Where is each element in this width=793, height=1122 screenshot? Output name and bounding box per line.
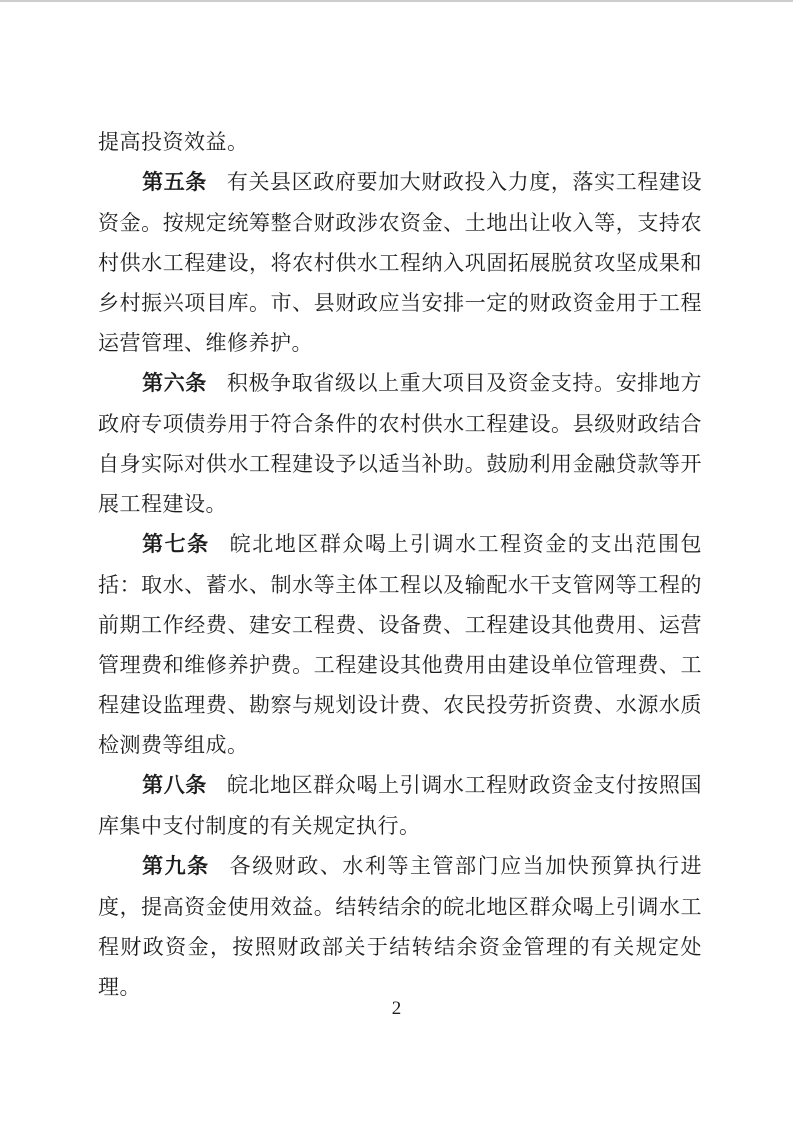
document-page: 提高投资效益。 第五条有关县区政府要加大财政投入力度，落实工程建设资金。按规定统… <box>0 0 793 1122</box>
article-paragraph: 第九条各级财政、水利等主管部门应当加快预算执行进度，提高资金使用效益。结转结余的… <box>98 846 702 1007</box>
scan-top-edge <box>0 0 793 2</box>
article-text: 有关县区政府要加大财政投入力度，落实工程建设资金。按规定统筹整合财政涉农资金、土… <box>98 170 702 355</box>
article-paragraph: 第六条积极争取省级以上重大项目及资金支持。安排地方政府专项债券用于符合条件的农村… <box>98 363 702 524</box>
article-paragraph: 第七条皖北地区群众喝上引调水工程资金的支出范围包括：取水、蓄水、制水等主体工程以… <box>98 524 702 765</box>
article-paragraph: 第八条皖北地区群众喝上引调水工程财政资金支付按照国库集中支付制度的有关规定执行。 <box>98 765 702 846</box>
article-number: 第七条 <box>142 533 210 556</box>
page-footer: 2 <box>0 998 793 1020</box>
document-body: 提高投资效益。 第五条有关县区政府要加大财政投入力度，落实工程建设资金。按规定统… <box>98 122 702 1007</box>
article-text: 皖北地区群众喝上引调水工程资金的支出范围包括：取水、蓄水、制水等主体工程以及输配… <box>98 532 702 757</box>
article-number: 第九条 <box>142 855 210 878</box>
article-number: 第六条 <box>142 372 207 395</box>
article-paragraph: 第五条有关县区政府要加大财政投入力度，落实工程建设资金。按规定统筹整合财政涉农资… <box>98 162 702 363</box>
article-number: 第八条 <box>142 774 207 797</box>
continuation-paragraph: 提高投资效益。 <box>98 122 702 162</box>
page-number: 2 <box>392 998 402 1019</box>
article-number: 第五条 <box>142 171 207 194</box>
